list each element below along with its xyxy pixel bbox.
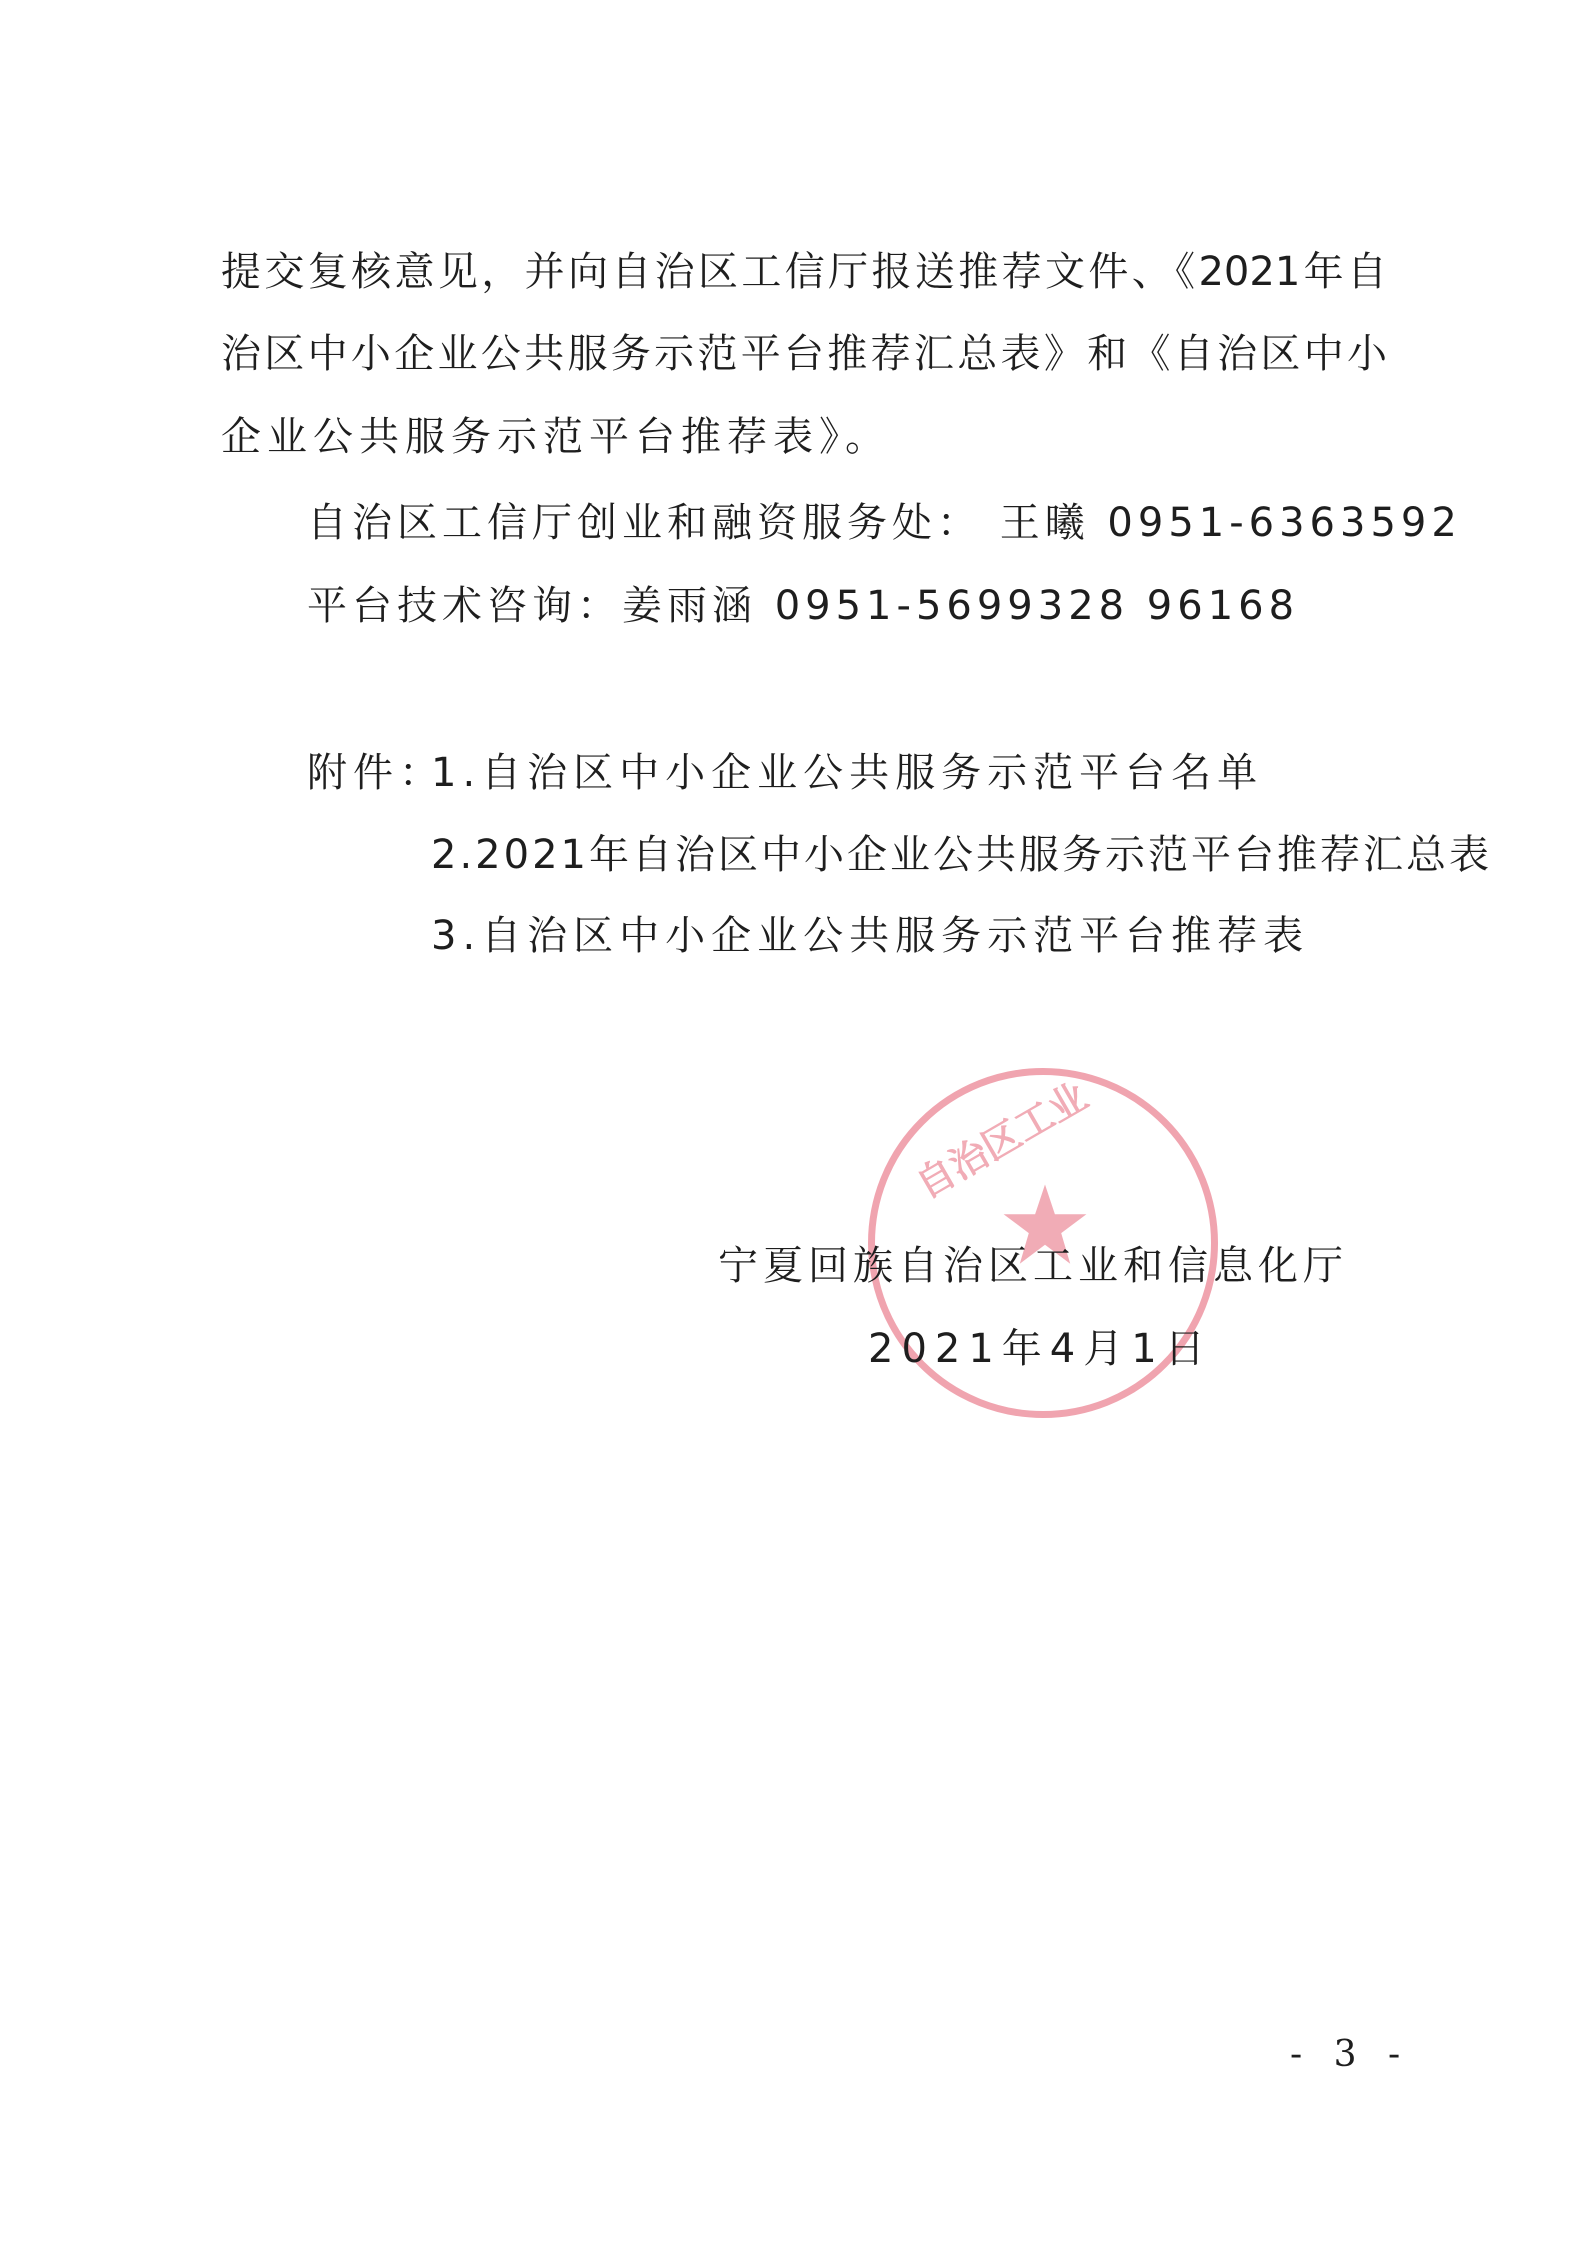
attachment-item-1: 1.自治区中小企业公共服务示范平台名单 bbox=[431, 749, 1263, 797]
contact-line-1: 自治区工信厅创业和融资服务处： 王曦 0951-6363592 bbox=[307, 499, 1462, 547]
contact-line-2: 平台技术咨询：姜雨涵 0951-5699328 96168 bbox=[307, 582, 1299, 630]
paragraph-line-2: 治区中小企业公共服务示范平台推荐汇总表》和《自治区中小 bbox=[221, 330, 1387, 378]
attachment-item-2: 2.2021年自治区中小企业公共服务示范平台推荐汇总表 bbox=[431, 831, 1492, 879]
signature-organization: 宁夏回族自治区工业和信息化厅 bbox=[718, 1242, 1348, 1290]
attachments-label: 附件： bbox=[307, 749, 445, 797]
attachment-item-3: 3.自治区中小企业公共服务示范平台推荐表 bbox=[431, 912, 1309, 960]
page-number: - 3 - bbox=[1290, 2034, 1410, 2075]
signature-date: 2021年4月1日 bbox=[868, 1325, 1213, 1373]
paragraph-line-3: 企业公共服务示范平台推荐表》。 bbox=[221, 413, 891, 461]
paragraph-line-1: 提交复核意见，并向自治区工信厅报送推荐文件、《2021年自 bbox=[221, 248, 1387, 296]
